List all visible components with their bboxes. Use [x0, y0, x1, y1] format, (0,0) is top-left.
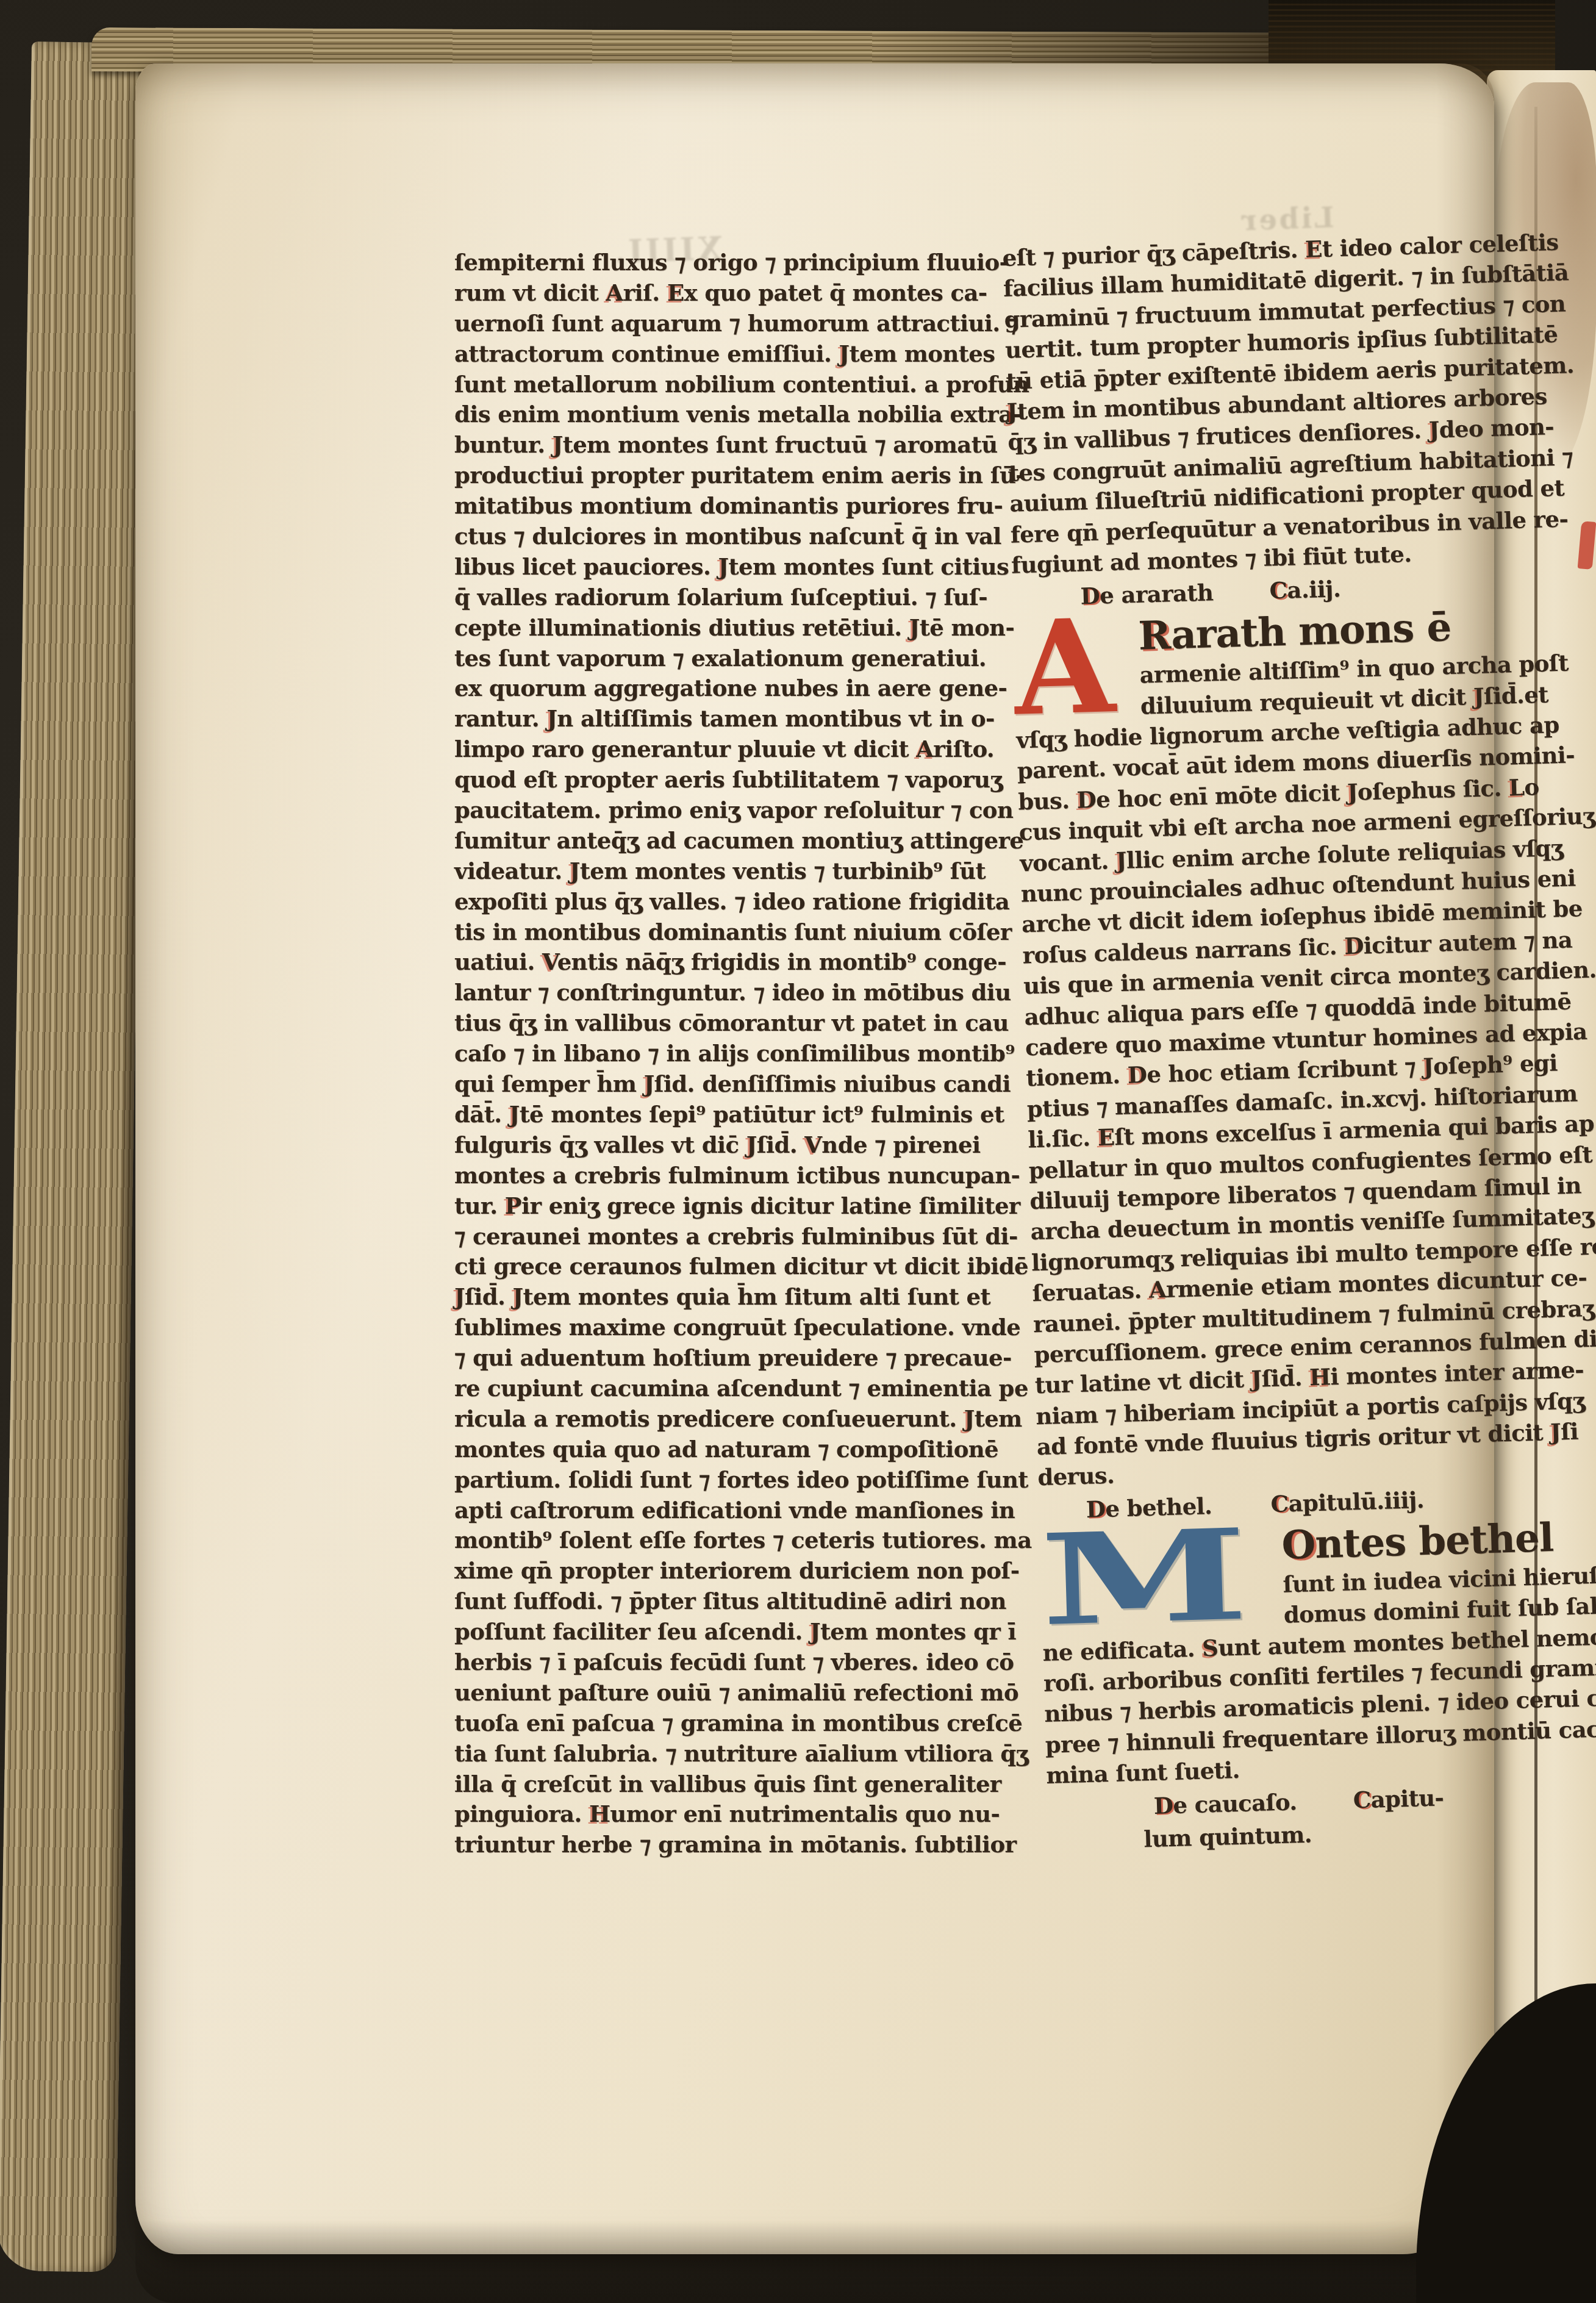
chapter-5-number-label: Capitu- [1353, 1782, 1444, 1815]
text-line: tis in montibus dominantis ſunt niuium c… [454, 917, 965, 948]
text-column-left: ſempiterni fluxus ⁊ origo ⁊ principium f… [454, 248, 965, 1860]
chapter-3-body: vſqʒ hodie lignorum arche veſtigia adhuc… [1016, 711, 1527, 1493]
text-line: ricula a remotis predicere conſueuerunt.… [454, 1404, 965, 1434]
text-line: expoſiti plus q̄ʒ valles. ⁊ ideo ratione… [454, 887, 965, 917]
lombard-initial-M: M [1039, 1523, 1284, 1637]
text-line: caſo ⁊ in libano ⁊ in alijs conſimilibus… [454, 1039, 965, 1069]
text-line: q̄ valles radiorum ſolarium ſuſceptiui. … [454, 582, 965, 613]
text-line: rum vt dicit Ariſ. Ex quo patet q̄ monte… [454, 278, 965, 309]
text-line: ſempiterni fluxus ⁊ origo ⁊ principium f… [454, 248, 965, 278]
text-line: partium. ſolidi ſunt ⁊ fortes ideo potiſ… [454, 1465, 965, 1495]
text-line: ſunt ſuffodi. ⁊ p̄pter ſitus altitudinē … [454, 1586, 965, 1617]
text-line: illa q̄ creſcūt in vallibus q̄uis ſint g… [454, 1769, 965, 1800]
page-bottom-shadow [135, 2220, 1494, 2303]
text-line: herbis ⁊ ī paſcuis fecūdi ſunt ⁊ vberes.… [454, 1647, 965, 1678]
text-line: triuntur herbe ⁊ gramina in mōtanis. ſub… [454, 1830, 965, 1860]
chapter-3-opening: A Rarath mons ē armenie altiſſim⁹ in quo… [1013, 603, 1505, 725]
text-line: tur. Pir eniʒ grece ignis dicitur latine… [454, 1191, 965, 1222]
text-line: cti grece ceraunos fulmen dicitur vt dic… [454, 1252, 965, 1282]
text-line: cepte illuminationis diutius retētiui. J… [454, 613, 965, 643]
text-line: uernoſi ſunt aquarum ⁊ humorum attractiu… [454, 309, 965, 339]
chapter-3-number-label: Ca.iij. [1269, 574, 1341, 606]
text-line: fulguris q̄ʒ valles vt dic̄ Jſid̄. Vnde … [454, 1130, 965, 1161]
text-line: uatiui. Ventis nāq̄ʒ frigidis in montib⁹… [454, 947, 965, 978]
page-stack-left-edge [0, 41, 151, 2273]
text-line: tius q̄ʒ in vallibus cōmorantur vt patet… [454, 1008, 965, 1039]
ghost-running-title: Liber [1239, 201, 1334, 237]
text-line: videatur. Jtem montes ventis ⁊ turbinib⁹… [454, 856, 965, 887]
text-line: ueniunt paſture ouiū ⁊ animaliū refectio… [454, 1678, 965, 1708]
text-line: qui ſemper h̄m Jſid. denſiſſimis niuibus… [454, 1069, 965, 1100]
text-line: pinguiora. Humor enī nutrimentalis quo n… [454, 1799, 965, 1830]
chapter-5-title-label: De caucaſo. [1153, 1786, 1297, 1821]
text-line: ex quorum aggregatione nubes in aere gen… [454, 673, 965, 704]
text-line: re cupiunt cacumina aſcendunt ⁊ eminenti… [454, 1374, 965, 1404]
facing-page-rubric-glimpse [1578, 521, 1596, 570]
text-line: rantur. Jn altiſſimis tamen montibus vt … [454, 704, 965, 734]
text-line: montib⁹ ſolent eſſe fortes ⁊ ceteris tut… [454, 1525, 965, 1556]
text-line: ſublimes maxime congruūt ſpeculatione. v… [454, 1313, 965, 1343]
text-line: ſunt metallorum nobilium contentiui. a p… [454, 370, 965, 400]
chapter-4-number-label: Capitulū.iiij. [1270, 1485, 1425, 1519]
text-line: ctus ⁊ dulciores in montibus naſcunt̄ q̄… [454, 521, 965, 552]
text-line: montes quia quo ad naturam ⁊ compoſition… [454, 1434, 965, 1465]
intro-paragraph: eſt ⁊ purior q̄ʒ cāpeſtris. Et ideo calo… [1002, 229, 1501, 581]
text-line: ſumitur anteq̄ʒ ad cacumen montiuʒ attin… [454, 826, 965, 856]
text-line: attractorum continue emiſſiui. Jtem mont… [454, 339, 965, 370]
text-line: buntur. Jtem montes ſunt fructuū ⁊ aroma… [454, 430, 965, 460]
text-line: apti caſtrorum edificationi vnde manſion… [454, 1495, 965, 1526]
lombard-initial-A: A [1013, 614, 1141, 725]
chapter-4-opening: M Ontes bethel ſunt in iudea vicini hier… [1039, 1516, 1531, 1638]
text-line: mitatibus montium dominantis puriores fr… [454, 491, 965, 521]
text-line: xime qn̄ propter interiorem duriciem non… [454, 1556, 965, 1586]
text-line: tuoſa enī paſcua ⁊ gramina in montibus c… [454, 1708, 965, 1739]
text-line: poſſunt faciliter ſeu aſcendi. Jtem mont… [454, 1617, 965, 1647]
text-line: productiui propter puritatem enim aeris … [454, 460, 965, 491]
initial-M-glyph: M [1039, 1524, 1249, 1632]
text-line: paucitatem. primo eniʒ vapor reſoluitur … [454, 795, 965, 826]
text-line: dāt̄. Jtē montes ſepi⁹ patiūtur ict⁹ ful… [454, 1100, 965, 1130]
text-line: lantur ⁊ conſtringuntur. ⁊ ideo in mōtib… [454, 978, 965, 1008]
text-line: Jſid̄. Jtem montes quia h̄m ſitum alti ſ… [454, 1282, 965, 1313]
book-photograph: XIIII. Liber ſempiterni fluxus ⁊ origo ⁊… [0, 0, 1596, 2303]
text-line: tes ſunt vaporum ⁊ exalationum generatiu… [454, 643, 965, 674]
text-line: libus licet pauciores. Jtem montes ſunt … [454, 552, 965, 582]
text-column-right: eſt ⁊ purior q̄ʒ cāpeſtris. Et ideo calo… [1002, 229, 1537, 1857]
text-line: montes a crebris fulminum ictibus nuncup… [454, 1161, 965, 1191]
chapter-3-title-label: De ararath [1080, 578, 1214, 612]
text-line: dis enim montium venis metalla nobilia e… [454, 399, 965, 430]
text-line: ⁊ qui aduentum hoſtium preuidere ⁊ preca… [454, 1343, 965, 1374]
text-line: quod eſt propter aeris ſubtilitatem ⁊ va… [454, 765, 965, 795]
text-line: ⁊ ceraunei montes a crebris fulminibus ſ… [454, 1222, 965, 1252]
text-line: limpo raro generantur pluuie vt dicit Ar… [454, 734, 965, 765]
text-line: tia ſunt ſalubria. ⁊ nutriture aīalium v… [454, 1739, 965, 1769]
